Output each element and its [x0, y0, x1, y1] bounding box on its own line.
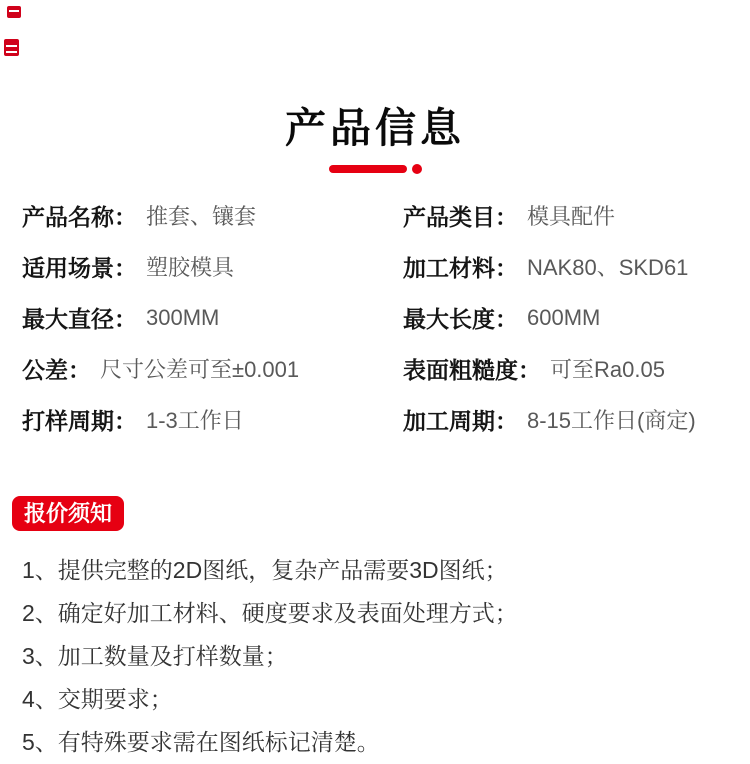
spec-column-right: 产品类目： 模具配件 加工材料： NAK80、SKD61 最大长度： 600MM… [378, 190, 750, 445]
spec-column-left: 产品名称： 推套、镶套 适用场景： 塑胶模具 最大直径： 300MM 公差： 尺… [0, 190, 378, 445]
spec-label: 最大长度： [403, 301, 518, 334]
spec-value: 600MM [527, 305, 600, 331]
notice-item: 4、交期要求； [0, 676, 750, 719]
title-underline-decoration [0, 164, 750, 174]
spec-row-max-diameter: 最大直径： 300MM [0, 292, 378, 343]
spec-table: 产品名称： 推套、镶套 适用场景： 塑胶模具 最大直径： 300MM 公差： 尺… [0, 190, 750, 445]
spec-row-material: 加工材料： NAK80、SKD61 [378, 241, 750, 292]
spec-row-max-length: 最大长度： 600MM [378, 292, 750, 343]
spec-value: 300MM [146, 305, 219, 331]
spec-row-sample-cycle: 打样周期： 1-3工作日 [0, 394, 378, 445]
spec-label: 加工材料： [403, 250, 518, 283]
underline-dot [412, 164, 422, 174]
red-stamp-icon [4, 39, 19, 56]
notice-item: 1、提供完整的2D图纸，复杂产品需要3D图纸； [0, 547, 750, 590]
notice-item: 2、确定好加工材料、硬度要求及表面处理方式； [0, 590, 750, 633]
spec-value: 尺寸公差可至±0.001 [100, 353, 299, 384]
notice-badge: 报价须知 [12, 496, 124, 531]
notice-item: 5、有特殊要求需在图纸标记清楚。 [0, 719, 750, 762]
spec-value: 1-3工作日 [146, 404, 244, 435]
red-stamp-icon [7, 6, 21, 18]
notice-item: 3、加工数量及打样数量； [0, 633, 750, 676]
spec-value: 塑胶模具 [146, 251, 234, 282]
section-header: 产品信息 [0, 0, 750, 174]
product-info-page: 产品信息 产品名称： 推套、镶套 适用场景： 塑胶模具 最大直径： 300MM … [0, 0, 750, 764]
spec-row-processing-cycle: 加工周期： 8-15工作日(商定) [378, 394, 750, 445]
spec-label: 产品名称： [22, 199, 137, 232]
notice-list: 1、提供完整的2D图纸，复杂产品需要3D图纸； 2、确定好加工材料、硬度要求及表… [0, 547, 750, 762]
spec-label: 表面粗糙度： [403, 352, 541, 385]
spec-row-surface-roughness: 表面粗糙度： 可至Ra0.05 [378, 343, 750, 394]
spec-label: 最大直径： [22, 301, 137, 334]
spec-row-product-category: 产品类目： 模具配件 [378, 190, 750, 241]
spec-value: 推套、镶套 [146, 200, 256, 231]
spec-value: 8-15工作日(商定) [527, 404, 696, 435]
spec-label: 打样周期： [22, 403, 137, 436]
spec-value: 可至Ra0.05 [550, 353, 665, 384]
spec-row-use-scene: 适用场景： 塑胶模具 [0, 241, 378, 292]
spec-value: 模具配件 [527, 200, 615, 231]
underline-bar [329, 165, 407, 173]
spec-label: 公差： [22, 352, 91, 385]
spec-label: 加工周期： [403, 403, 518, 436]
spec-row-product-name: 产品名称： 推套、镶套 [0, 190, 378, 241]
spec-label: 产品类目： [403, 199, 518, 232]
spec-row-tolerance: 公差： 尺寸公差可至±0.001 [0, 343, 378, 394]
page-title: 产品信息 [0, 106, 750, 151]
spec-value: NAK80、SKD61 [527, 251, 688, 282]
spec-label: 适用场景： [22, 250, 137, 283]
quotation-notice-section: 报价须知 1、提供完整的2D图纸，复杂产品需要3D图纸； 2、确定好加工材料、硬… [0, 496, 750, 762]
